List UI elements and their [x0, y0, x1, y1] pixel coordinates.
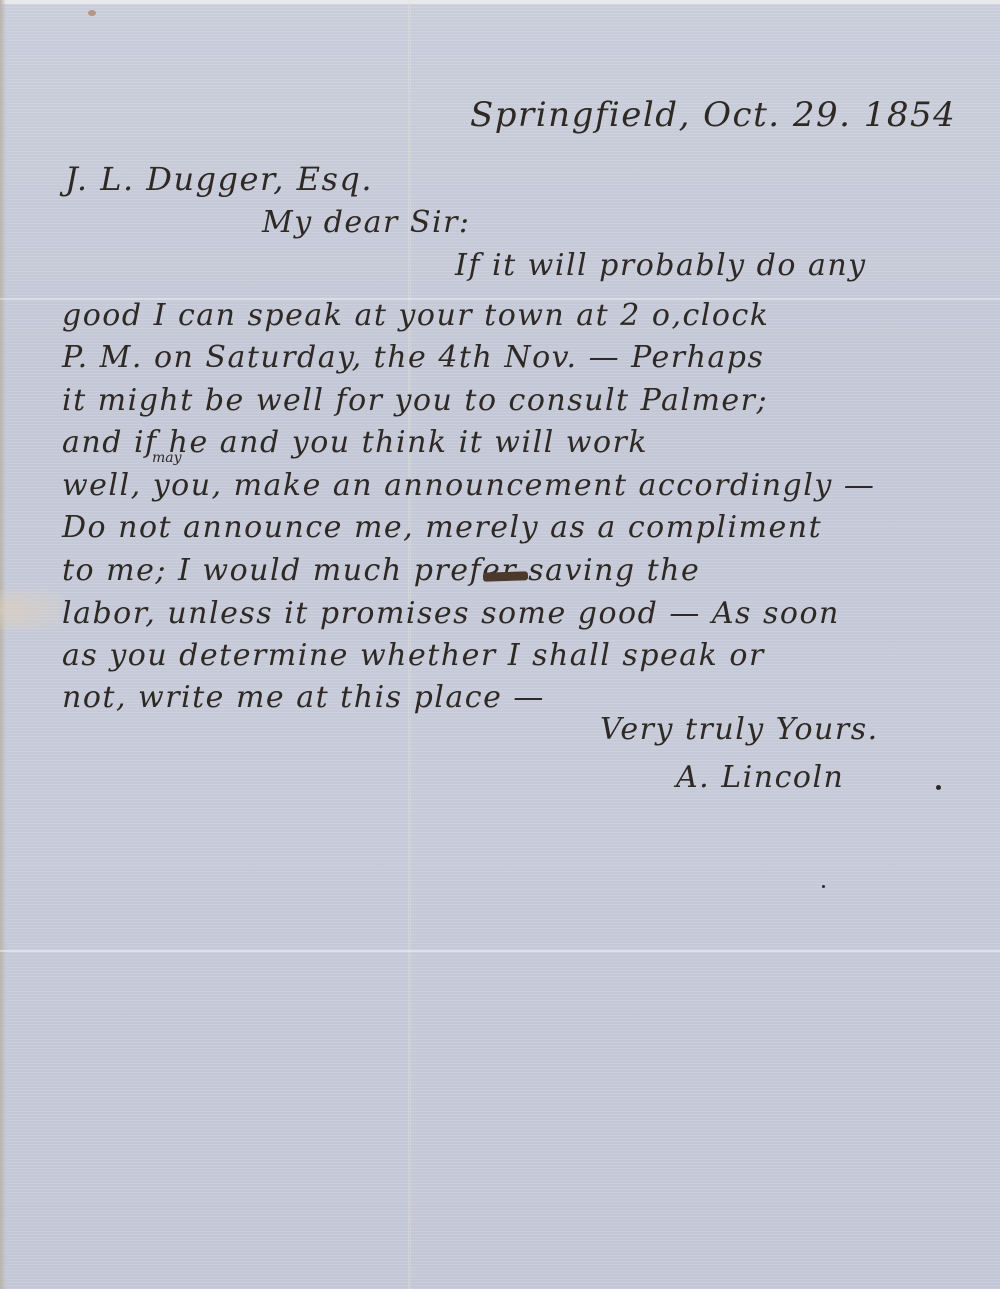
addressee: J. L. Dugger, Esq. [65, 160, 373, 198]
paper-left-edge [0, 0, 6, 1289]
rust-spot [88, 10, 96, 16]
body-line-11: not, write me at this place — [62, 680, 545, 715]
struck-out-word [483, 571, 528, 582]
body-line-2: good I can speak at your town at 2 o,clo… [62, 298, 769, 333]
letter-page: Springfield, Oct. 29. 1854 J. L. Dugger,… [0, 0, 1000, 1289]
ink-dot-small [822, 885, 825, 888]
body-line-5: and if he and you think it will work [62, 425, 648, 460]
body-line-4: it might be well for you to consult Palm… [62, 383, 768, 418]
paper-stain [0, 590, 60, 630]
body-line-3: P. M. on Saturday, the 4th Nov. — Perhap… [62, 340, 764, 375]
paper-top-edge [0, 0, 1000, 4]
dateline: Springfield, Oct. 29. 1854 [470, 95, 956, 135]
ink-dot [936, 785, 941, 790]
body-line-6: well, you, make an announcement accordin… [62, 468, 875, 503]
body-line-1: If it will probably do any [455, 248, 867, 283]
closing: Very truly Yours. [600, 712, 879, 747]
greeting: My dear Sir: [262, 205, 471, 240]
body-line-9: labor, unless it promises some good — As… [62, 596, 840, 631]
signature: A. Lincoln [676, 760, 844, 795]
horizontal-fold-line-lower [0, 950, 1000, 952]
body-line-8: to me; I would much prefer saving the [62, 553, 700, 588]
body-line-10: as you determine whether I shall speak o… [62, 638, 765, 673]
body-line-7: Do not announce me, merely as a complime… [62, 510, 822, 545]
interlinear-insertion: may [152, 450, 182, 466]
